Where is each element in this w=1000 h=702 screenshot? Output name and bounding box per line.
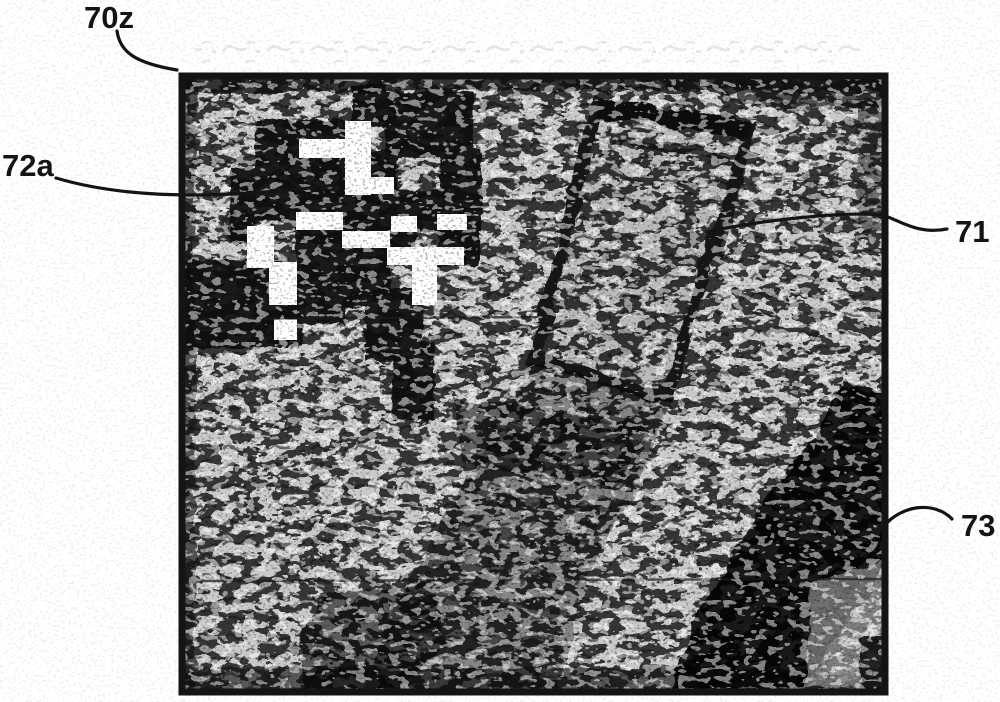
decoded-image-content — [170, 66, 900, 702]
grain-noise — [182, 76, 885, 692]
label-73: 73 — [961, 508, 995, 543]
figure-image: 70z 72a 71 73 — [0, 0, 1000, 702]
label-72a: 72a — [2, 148, 54, 183]
label-70z: 70z — [84, 0, 134, 35]
figure-page: 70z 72a 71 73 — [0, 0, 1000, 702]
label-71: 71 — [955, 214, 989, 249]
